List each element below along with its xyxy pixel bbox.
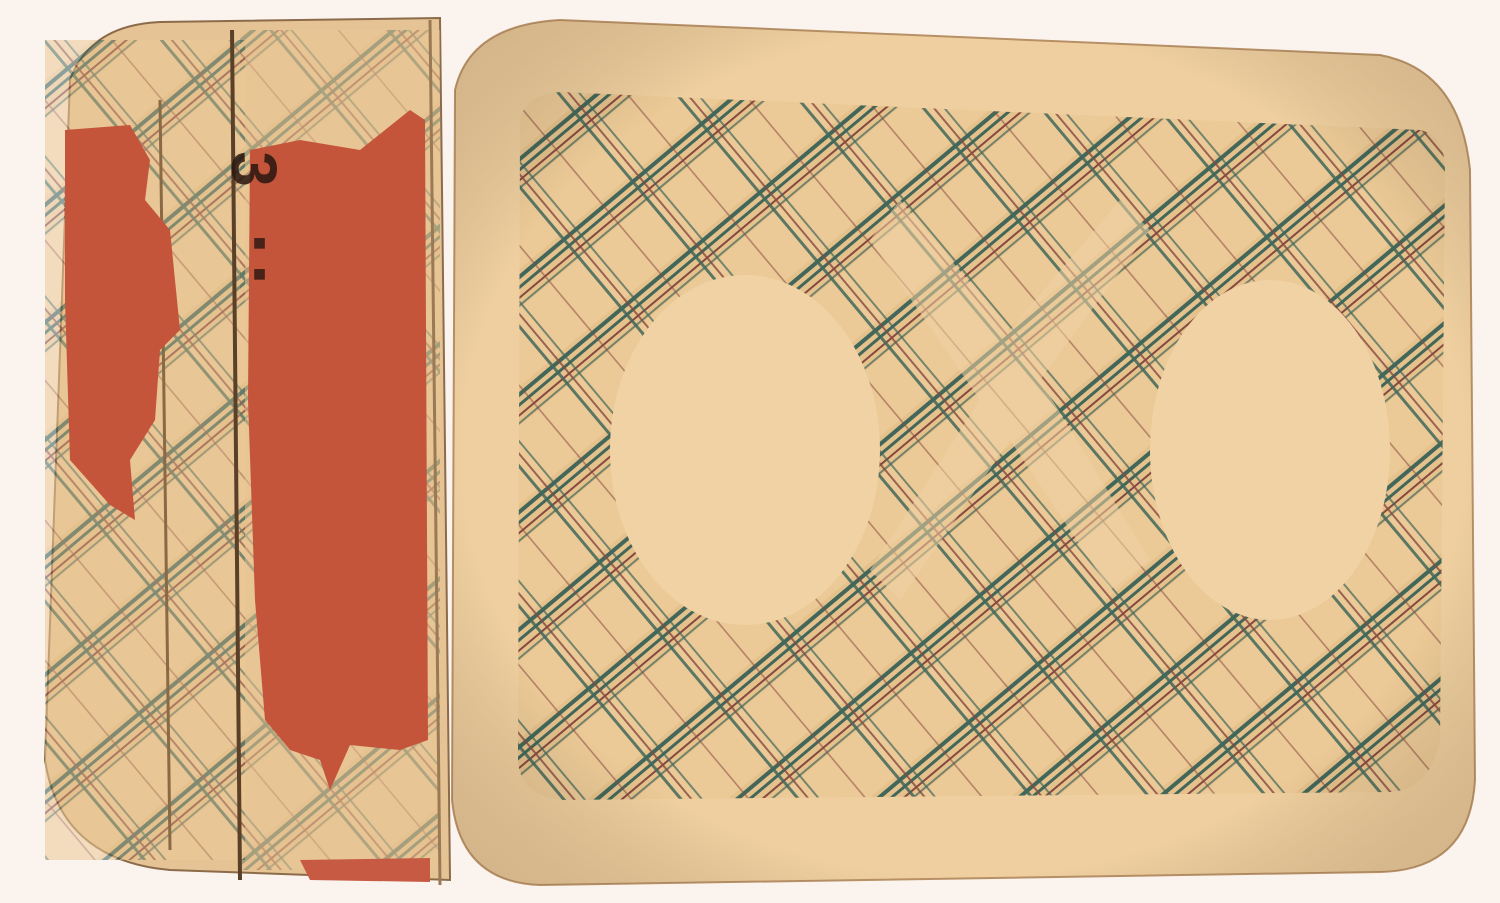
red-label-strip-bottom [300,858,430,882]
label-marks: ■ ■ [246,230,272,286]
red-label-main [248,110,428,790]
label-glyph-three: 3 [217,151,291,187]
cardboard-box [0,0,1500,903]
face-shading [452,20,1475,885]
